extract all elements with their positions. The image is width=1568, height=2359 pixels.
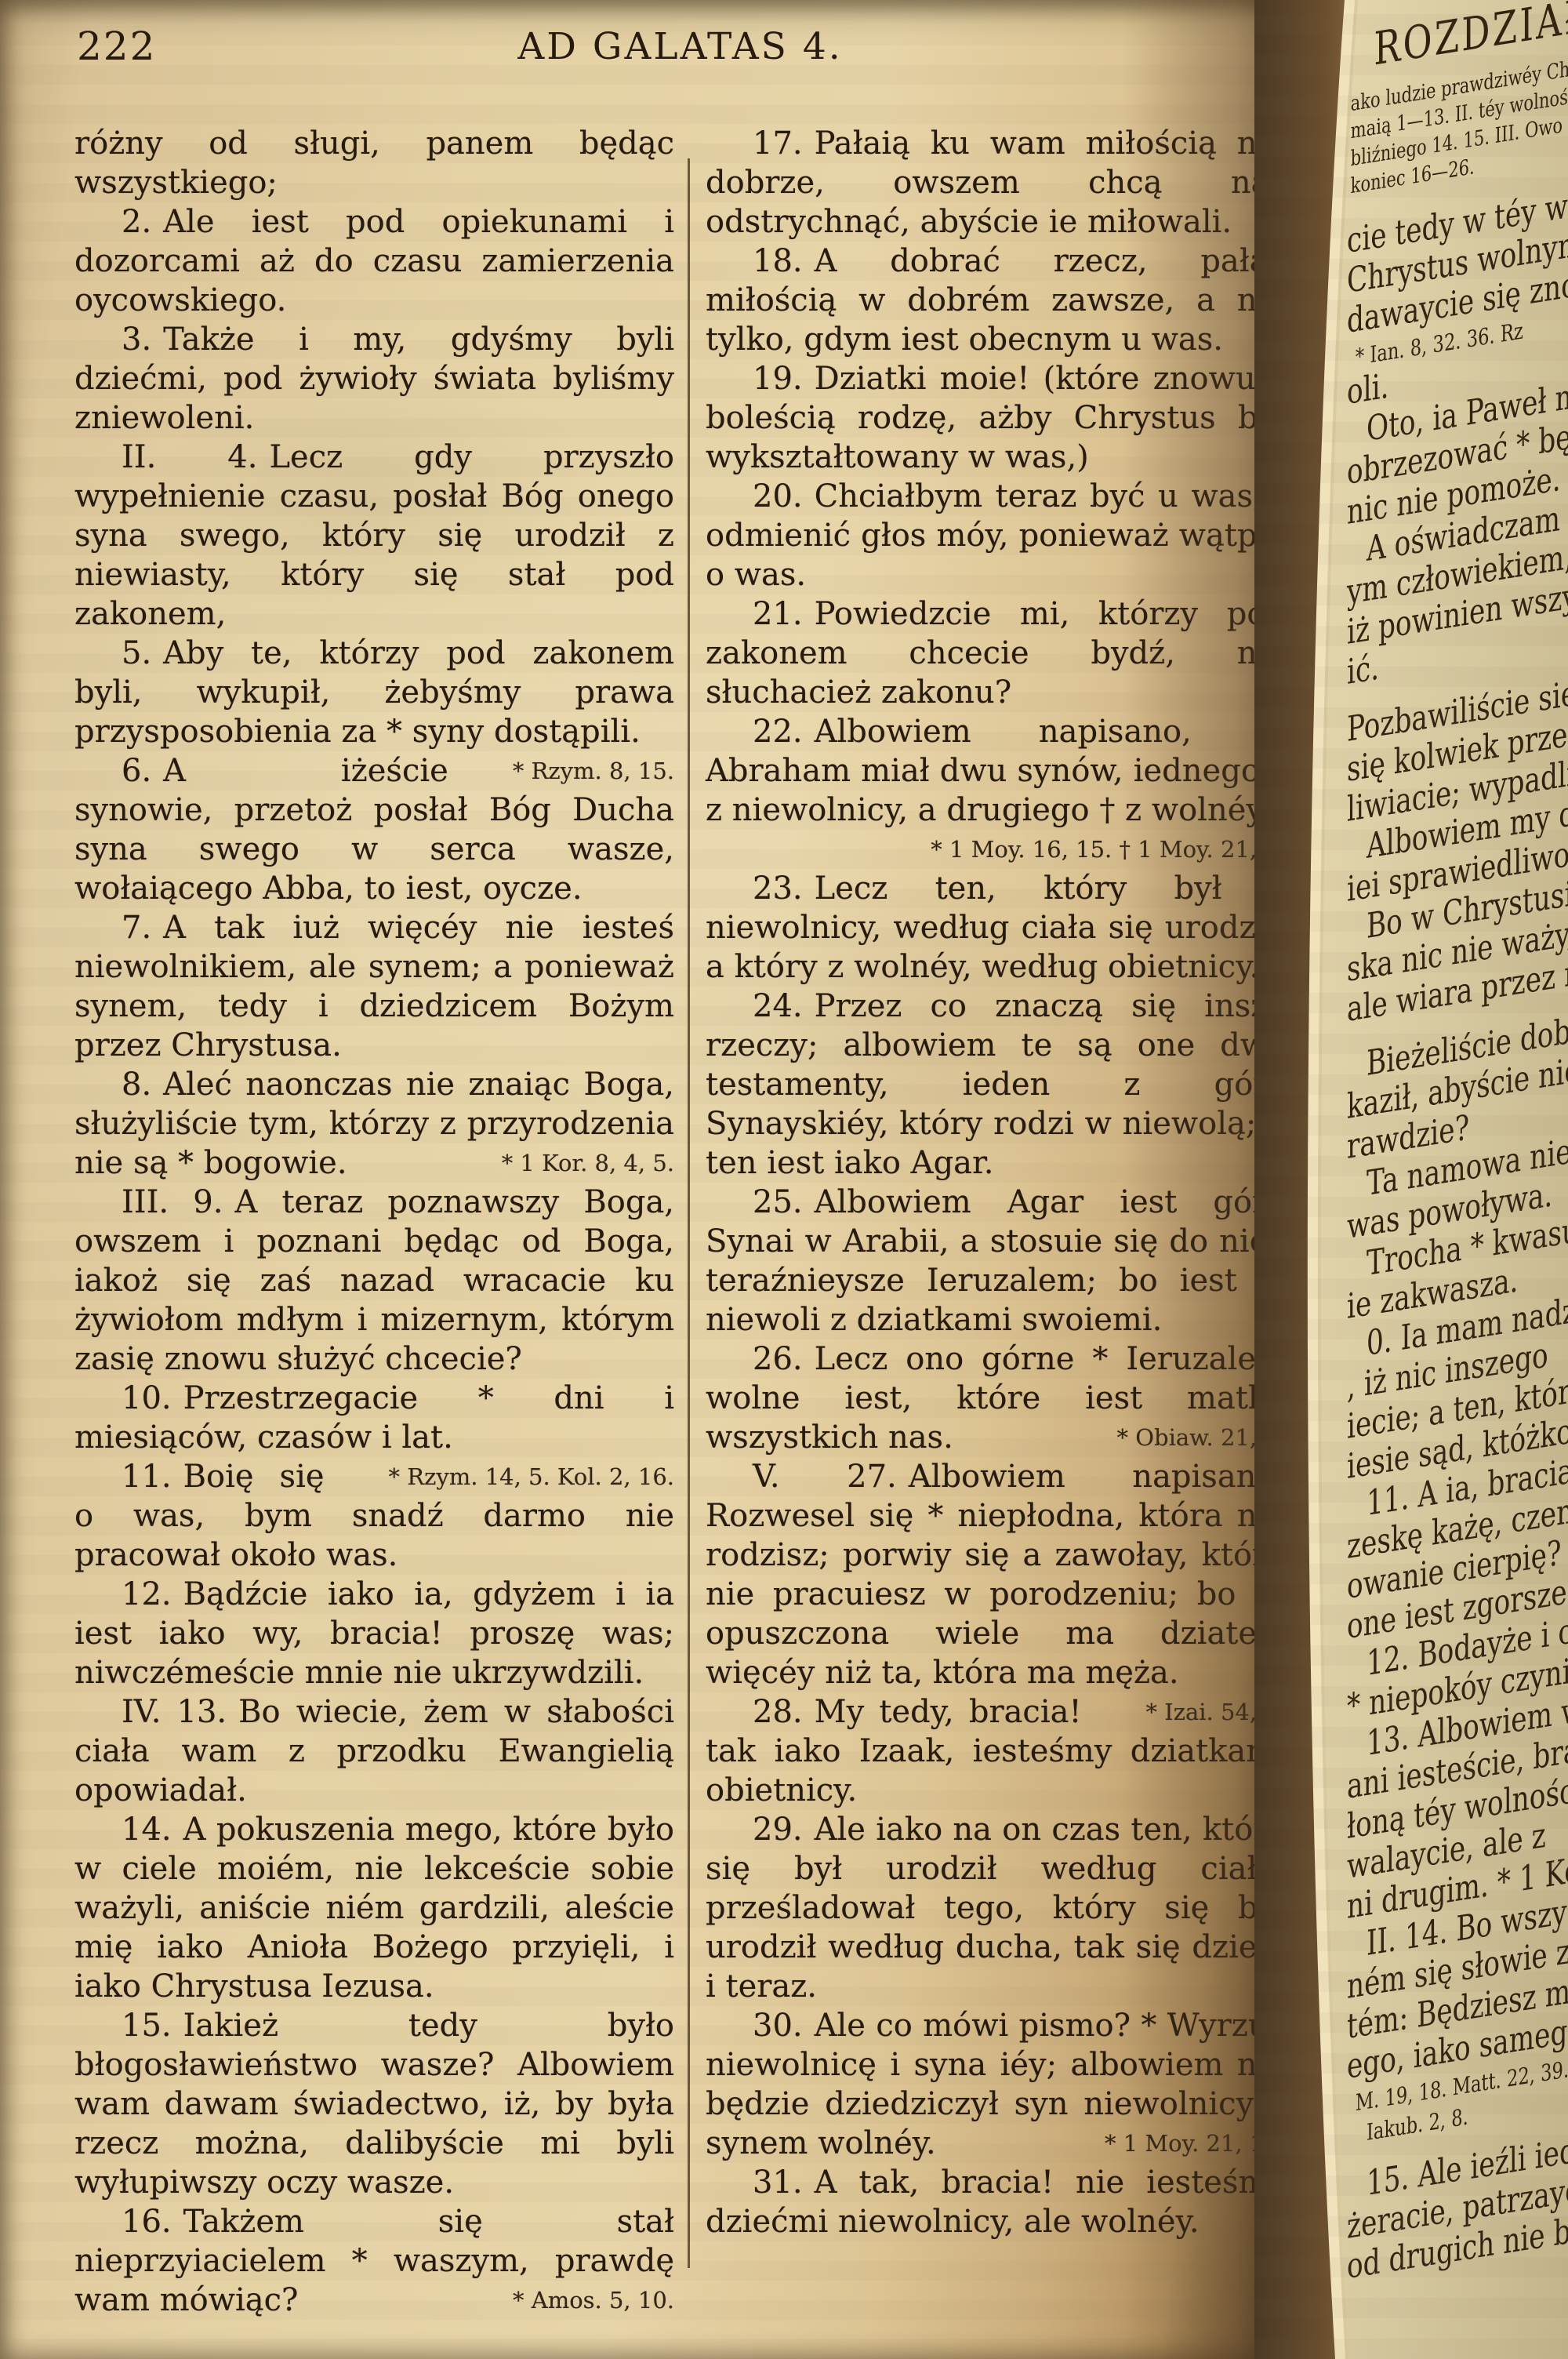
verse-number: 20. xyxy=(753,478,815,514)
verse: 2.Ale iest pod opiekunami i dozorcami aż… xyxy=(74,202,674,320)
verse: 8.Aleć naonczas nie znaiąc Boga, służyli… xyxy=(74,1065,674,1183)
verse: 29.Ale iako na on czas ten, który się by… xyxy=(706,1810,1286,2006)
verse-number: 23. xyxy=(753,871,815,907)
verse: różny od sługi, panem będąc wszystkiego; xyxy=(74,124,674,202)
verse: 15.Iakież tedy było błogosławieństwo was… xyxy=(74,2006,674,2202)
verse: 14.A pokuszenia mego, które było w ciele… xyxy=(74,1810,674,2006)
verse: 20.Chciałbym teraz być u was, i odmienić… xyxy=(706,477,1286,594)
verse-number: 18. xyxy=(753,243,815,279)
verse-number: 26. xyxy=(753,1341,815,1377)
verse-number: 5. xyxy=(122,635,163,671)
verse: 21.Powiedzcie mi, którzy pod zakonem chc… xyxy=(706,594,1286,712)
footnote-reference: * Obiaw. 21, 2. xyxy=(1053,1418,1286,1457)
verse: 25.Albowiem Agar iest góra Synai w Arabi… xyxy=(706,1183,1286,1339)
verse-number: 28. xyxy=(753,1694,815,1730)
verse: 18.A dobrać rzecz, pałać miłością w dobr… xyxy=(706,242,1286,359)
footnote-reference: * Rzym. 8, 15. xyxy=(448,751,674,791)
verse-number: 17. xyxy=(753,125,815,162)
verse: 26.Lecz ono górne * Ieruzalem wolne iest… xyxy=(706,1339,1286,1457)
verse: 31.A tak, bracia! nie iesteśmy dziećmi n… xyxy=(706,2163,1286,2241)
verse: IV. 13.Bo wiecie, żem w słabości ciała w… xyxy=(74,1692,674,1810)
page-fold-edge xyxy=(1254,0,1419,2359)
verse: 5.Aby te, którzy pod zakonem byli, wykup… xyxy=(74,634,674,751)
footnote-reference: * 1 Moy. 21, 10. xyxy=(1040,2124,1286,2163)
verse-number: 24. xyxy=(753,988,815,1024)
column-right: 17.Pałaią ku wam miłością nie dobrze, ow… xyxy=(706,124,1286,2320)
verse: 3.Także i my, gdyśmy byli dziećmi, pod ż… xyxy=(74,320,674,438)
footnote-reference: * Amos. 5, 10. xyxy=(448,2281,674,2320)
verse-number: 10. xyxy=(122,1380,183,1416)
verse-number: 29. xyxy=(753,1812,815,1848)
verse-text: A tak iuż więcéy nie iesteś niewolnikiem… xyxy=(74,910,674,1063)
verse: 17.Pałaią ku wam miłością nie dobrze, ow… xyxy=(706,124,1286,242)
verse: 12.Bądźcie iako ia, gdyżem i ia iest iak… xyxy=(74,1575,674,1692)
verse: 10.Przestrzegacie * dni i miesiąców, cza… xyxy=(74,1379,674,1457)
verse-number: 12. xyxy=(122,1576,183,1612)
verse-number: III. 9. xyxy=(122,1184,234,1220)
text-columns: różny od sługi, panem będąc wszystkiego;… xyxy=(74,124,1286,2320)
verse-text: Aby te, którzy pod zakonem byli, wykupił… xyxy=(74,635,674,750)
next-page-edge: ROZDZIAŁ V. ako ludzie prawdziwéy Chrze … xyxy=(1254,0,1568,2359)
verse: 19.Dziatki moie! (które znowu z boleścią… xyxy=(706,359,1286,477)
footnote-reference: * 1 Moy. 16, 15. † 1 Moy. 21, 2. xyxy=(866,830,1286,869)
verse-number: 8. xyxy=(122,1067,163,1103)
verse: II. 4.Lecz gdy przyszło wypełnienie czas… xyxy=(74,438,674,634)
verse: 16.Takżem się stał nieprzyiacielem * was… xyxy=(74,2202,674,2320)
verse-number: IV. 13. xyxy=(122,1694,238,1730)
verse-number: 3. xyxy=(122,322,163,358)
verse-number: 30. xyxy=(753,2008,815,2044)
verse: 24.Przez co znaczą się insze rzeczy; alb… xyxy=(706,987,1286,1183)
column-left: różny od sługi, panem będąc wszystkiego;… xyxy=(74,124,674,2320)
verse-number: 22. xyxy=(753,714,815,750)
column-divider xyxy=(688,158,690,2268)
page-header: AD GALATAS 4. xyxy=(74,25,1286,68)
verse-number: 2. xyxy=(122,204,163,240)
verse-number: II. 4. xyxy=(122,439,269,475)
verse-text: różny od sługi, panem będąc wszystkiego; xyxy=(74,125,674,201)
verse-number: 31. xyxy=(753,2165,815,2201)
verse: 30.Ale co mówi pismo? * Wyrzuć niewolnic… xyxy=(706,2006,1286,2163)
verse-text: Ale iest pod opiekunami i dozorcami aż d… xyxy=(74,204,674,318)
verse-number: V. 27. xyxy=(753,1459,909,1495)
verse-number: 21. xyxy=(753,596,815,632)
verse-number: 6. xyxy=(122,753,163,789)
verse-number: 15. xyxy=(122,2008,183,2044)
book-photo: 222 AD GALATAS 4. różny od sługi, panem … xyxy=(0,0,1568,2359)
verse-number: 11. xyxy=(122,1459,183,1495)
verse: V. 27.Albowiem napisano: Rozwesel się * … xyxy=(706,1457,1286,1692)
footnote-reference: * 1 Kor. 8, 4, 5. xyxy=(437,1143,674,1183)
verse-number: 14. xyxy=(122,1812,183,1848)
verse-number: 19. xyxy=(753,361,815,397)
verse-number: 25. xyxy=(753,1184,815,1220)
verse: 7.A tak iuż więcéy nie iesteś niewolniki… xyxy=(74,908,674,1065)
verse-text: Także i my, gdyśmy byli dziećmi, pod żyw… xyxy=(74,322,674,436)
verse-number: 16. xyxy=(122,2204,183,2240)
left-page: 222 AD GALATAS 4. różny od sługi, panem … xyxy=(0,0,1294,2359)
footnote-reference: * Rzym. 14, 5. Kol. 2, 16. xyxy=(325,1457,674,1496)
verse: III. 9.A teraz poznawszy Boga, owszem i … xyxy=(74,1183,674,1379)
verse: 22.Albowiem napisano, iż Abraham miał dw… xyxy=(706,712,1286,830)
verse-number: 7. xyxy=(122,910,163,946)
